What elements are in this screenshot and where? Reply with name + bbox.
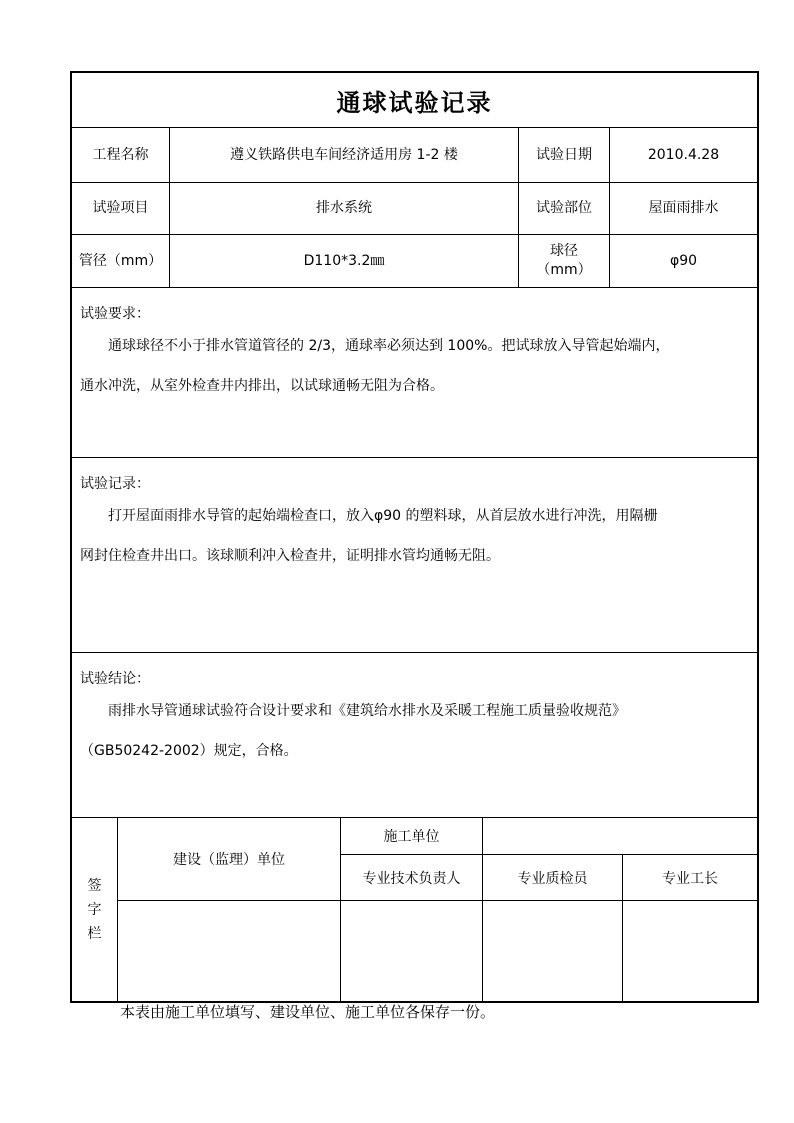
test-date-value: 2010.4.28 xyxy=(609,128,757,182)
pipe-diameter-label: 管径（mm） xyxy=(72,235,169,287)
test-item-value: 排水系统 xyxy=(169,183,518,234)
record-text-line2: 网封住检查井出口。该球顺利冲入检查井，证明排水管均通畅无阻。 xyxy=(80,536,747,576)
section-conclusion: 试验结论： 雨排水导管通球试验符合设计要求和《建筑给水排水及采暖工程施工质量验收… xyxy=(72,652,757,817)
section-record: 试验记录： 打开屋面雨排水导管的起始端检查口，放入φ90 的塑料球，从首层放水进… xyxy=(72,457,757,652)
supervision-unit-signature-cell[interactable] xyxy=(117,900,340,1001)
ball-diameter-label-line1: 球径 xyxy=(550,243,578,259)
quality-inspector-signature-cell[interactable] xyxy=(482,900,622,1001)
pipe-diameter-value: D110*3.2㎜ xyxy=(169,235,518,287)
section-requirement: 试验要求： 通球球径不小于排水管道管径的 2/3，通球率必须达到 100%。把试… xyxy=(72,287,757,457)
info-row-project: 工程名称 遵义铁路供电车间经济适用房 1-2 楼 试验日期 2010.4.28 xyxy=(72,127,757,182)
test-part-label: 试验部位 xyxy=(518,183,609,234)
page-title: 通球试验记录 xyxy=(337,83,493,118)
signature-section: 签字栏 建设（监理）单位 施工单位 专业技术负责人 专业质检员 专业工长 xyxy=(72,817,757,1001)
ball-diameter-label-line2: （mm） xyxy=(536,262,591,278)
footer-note: 本表由施工单位填写、建设单位、施工单位各保存一份。 xyxy=(120,1001,495,1022)
technical-lead-signature-cell[interactable] xyxy=(340,900,482,1001)
record-label: 试验记录： xyxy=(80,472,747,496)
construction-unit-header: 施工单位 xyxy=(340,818,482,854)
conclusion-text-line1: 雨排水导管通球试验符合设计要求和《建筑给水排水及采暖工程施工质量验收规范》 xyxy=(80,691,747,731)
ball-diameter-label: 球径 （mm） xyxy=(518,235,609,287)
technical-lead-header: 专业技术负责人 xyxy=(340,854,482,900)
construction-unit-signature-cell[interactable] xyxy=(482,818,757,854)
conclusion-label: 试验结论： xyxy=(80,667,747,691)
test-item-label: 试验项目 xyxy=(72,183,169,234)
signature-column-label: 签字栏 xyxy=(87,874,103,946)
requirement-label: 试验要求： xyxy=(80,302,747,326)
ball-diameter-value: φ90 xyxy=(609,235,757,287)
document-page: 通球试验记录 工程名称 遵义铁路供电车间经济适用房 1-2 楼 试验日期 201… xyxy=(0,0,794,1123)
foreman-signature-cell[interactable] xyxy=(622,900,757,1001)
signature-column-header: 签字栏 xyxy=(72,818,117,1001)
requirement-text-line1: 通球球径不小于排水管道管径的 2/3，通球率必须达到 100%。把试球放入导管起… xyxy=(80,326,747,366)
project-name-label: 工程名称 xyxy=(72,128,169,182)
test-date-label: 试验日期 xyxy=(518,128,609,182)
test-part-value: 屋面雨排水 xyxy=(609,183,757,234)
test-record-table: 通球试验记录 工程名称 遵义铁路供电车间经济适用房 1-2 楼 试验日期 201… xyxy=(70,71,759,1003)
record-text-line1: 打开屋面雨排水导管的起始端检查口，放入φ90 的塑料球，从首层放水进行冲洗，用隔… xyxy=(80,496,747,536)
title-row: 通球试验记录 xyxy=(72,73,757,127)
info-row-item: 试验项目 排水系统 试验部位 屋面雨排水 xyxy=(72,182,757,234)
info-row-diameter: 管径（mm） D110*3.2㎜ 球径 （mm） φ90 xyxy=(72,234,757,287)
requirement-text-line2: 通水冲洗，从室外检查井内排出，以试球通畅无阻为合格。 xyxy=(80,366,747,406)
quality-inspector-header: 专业质检员 xyxy=(482,854,622,900)
conclusion-text-line2: （GB50242-2002）规定，合格。 xyxy=(80,731,747,771)
foreman-header: 专业工长 xyxy=(622,854,757,900)
project-name-value: 遵义铁路供电车间经济适用房 1-2 楼 xyxy=(169,128,518,182)
construction-supervision-unit-header: 建设（监理）单位 xyxy=(117,818,340,900)
